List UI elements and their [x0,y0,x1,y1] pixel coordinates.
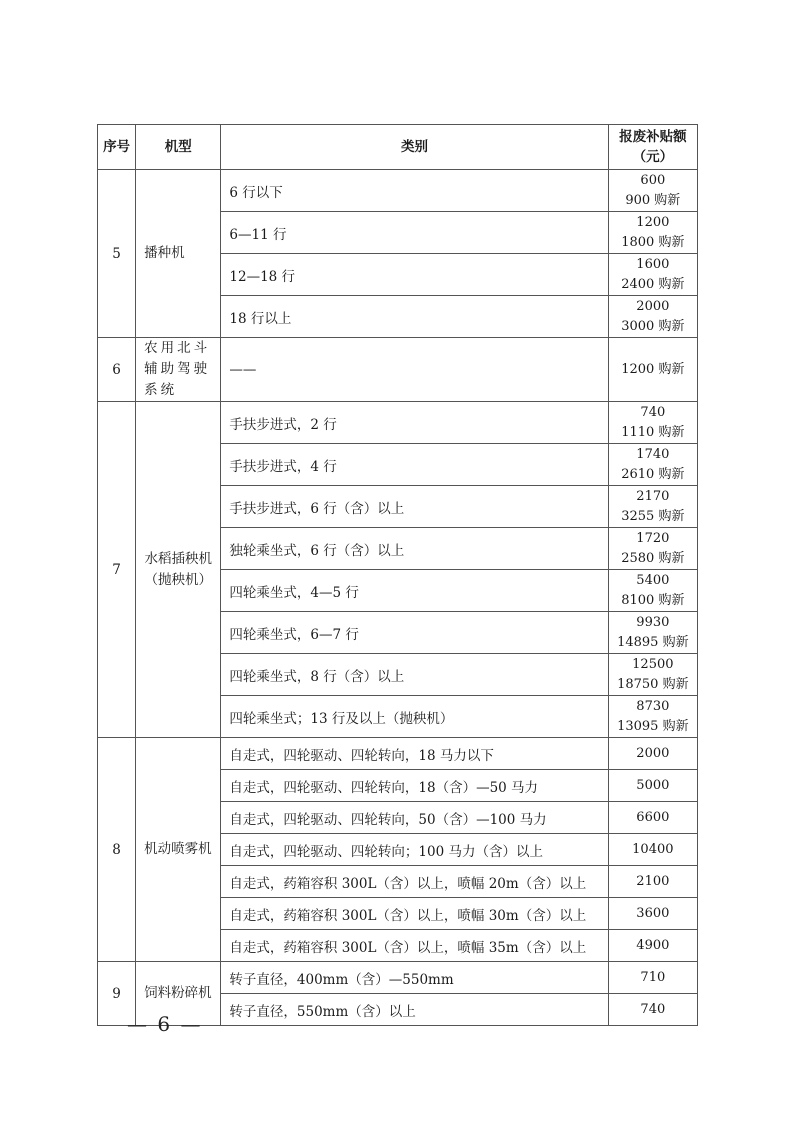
amount-scrap: 740 [609,403,697,423]
row-amount: 4900 [608,930,697,962]
row-amount: 10400 [608,834,697,866]
row-amount: 1720 2580 购新 [608,528,697,570]
row-category: 四轮乘坐式，8 行（含）以上 [221,654,608,696]
amount-new: 2610 购新 [609,465,697,485]
page-number: — 6 — [127,1012,202,1036]
amount-scrap: 2170 [609,487,697,507]
table-row: 9 饲料粉碎机 转子直径，400mm（含）—550mm 710 [98,962,698,994]
row-amount: 600 900 购新 [608,170,697,212]
row-category: 自走式，药箱容积 300L（含）以上，喷幅 20m（含）以上 [221,866,608,898]
row-amount: 2000 3000 购新 [608,296,697,338]
row-category: 四轮乘坐式，4—5 行 [221,570,608,612]
row-amount: 1740 2610 购新 [608,444,697,486]
header-type: 机型 [136,125,221,170]
row-amount: 1200 购新 [608,338,697,402]
row-category: 手扶步进式，2 行 [221,402,608,444]
header-amount-line1: 报废补贴额 [609,127,697,147]
header-amount: 报废补贴额 （元） [608,125,697,170]
amount-new: 18750 购新 [609,675,697,695]
row-category: 自走式，药箱容积 300L（含）以上，喷幅 35m（含）以上 [221,930,608,962]
amount-new: 13095 购新 [609,717,697,737]
amount-new: 3000 购新 [609,317,697,337]
amount-new: 1200 购新 [609,360,697,380]
amount-new: 900 购新 [609,191,697,211]
row-category: 转子直径，400mm（含）—550mm [221,962,608,994]
row-no: 6 [98,338,136,402]
header-category: 类别 [221,125,608,170]
row-amount: 740 1110 购新 [608,402,697,444]
row-amount: 9930 14895 购新 [608,612,697,654]
row-amount: 6600 [608,802,697,834]
amount-scrap: 9930 [609,613,697,633]
row-no: 5 [98,170,136,338]
header-amount-line2: （元） [609,147,697,167]
row-category: 四轮乘坐式，6—7 行 [221,612,608,654]
row-type-line1: 水稻插秧机 [136,549,220,570]
table-row: 5 播种机 6 行以下 600 900 购新 [98,170,698,212]
row-category: 自走式，药箱容积 300L（含）以上，喷幅 30m（含）以上 [221,898,608,930]
table-header-row: 序号 机型 类别 报废补贴额 （元） [98,125,698,170]
row-amount: 2170 3255 购新 [608,486,697,528]
header-no: 序号 [98,125,136,170]
row-amount: 1200 1800 购新 [608,212,697,254]
row-category: 自走式，四轮驱动、四轮转向，50（含）—100 马力 [221,802,608,834]
row-amount: 1600 2400 购新 [608,254,697,296]
amount-scrap: 12500 [609,655,697,675]
row-amount: 5000 [608,770,697,802]
amount-new: 1110 购新 [609,423,697,443]
row-type-line2: （抛秧机） [136,570,220,591]
amount-new: 2580 购新 [609,549,697,569]
row-category: 自走式，四轮驱动、四轮转向；100 马力（含）以上 [221,834,608,866]
row-category: 自走式，四轮驱动、四轮转向，18（含）—50 马力 [221,770,608,802]
amount-scrap: 600 [609,171,697,191]
row-category: 手扶步进式，6 行（含）以上 [221,486,608,528]
row-category: 独轮乘坐式，6 行（含）以上 [221,528,608,570]
row-amount: 12500 18750 购新 [608,654,697,696]
row-category: 手扶步进式，4 行 [221,444,608,486]
amount-new: 8100 购新 [609,591,697,611]
subsidy-table: 序号 机型 类别 报废补贴额 （元） 5 播种机 6 行以下 600 900 购… [97,124,698,1026]
row-category: 转子直径，550mm（含）以上 [221,994,608,1026]
amount-new: 1800 购新 [609,233,697,253]
row-type: 水稻插秧机 （抛秧机） [136,402,221,738]
row-amount: 710 [608,962,697,994]
amount-scrap: 1600 [609,255,697,275]
amount-scrap: 1200 [609,213,697,233]
row-type: 机动喷雾机 [136,738,221,962]
row-type: 播种机 [136,170,221,338]
row-amount: 740 [608,994,697,1026]
row-category: 6 行以下 [221,170,608,212]
amount-new: 3255 购新 [609,507,697,527]
row-amount: 2100 [608,866,697,898]
row-amount: 3600 [608,898,697,930]
amount-scrap: 8730 [609,697,697,717]
table-row: 6 农用北斗辅助驾驶系统 —— 1200 购新 [98,338,698,402]
amount-new: 2400 购新 [609,275,697,295]
amount-scrap: 5400 [609,571,697,591]
row-category: 18 行以上 [221,296,608,338]
amount-scrap: 1720 [609,529,697,549]
row-no: 8 [98,738,136,962]
row-amount: 2000 [608,738,697,770]
row-category: 四轮乘坐式；13 行及以上（抛秧机） [221,696,608,738]
row-no: 7 [98,402,136,738]
amount-scrap: 1740 [609,445,697,465]
row-category: 6—11 行 [221,212,608,254]
row-category: 12—18 行 [221,254,608,296]
row-amount: 8730 13095 购新 [608,696,697,738]
amount-new: 14895 购新 [609,633,697,653]
table-row: 7 水稻插秧机 （抛秧机） 手扶步进式，2 行 740 1110 购新 [98,402,698,444]
row-amount: 5400 8100 购新 [608,570,697,612]
row-category: 自走式，四轮驱动、四轮转向，18 马力以下 [221,738,608,770]
table-row: 8 机动喷雾机 自走式，四轮驱动、四轮转向，18 马力以下 2000 [98,738,698,770]
row-category: —— [221,338,608,402]
amount-scrap: 2000 [609,297,697,317]
row-type: 农用北斗辅助驾驶系统 [136,338,221,402]
